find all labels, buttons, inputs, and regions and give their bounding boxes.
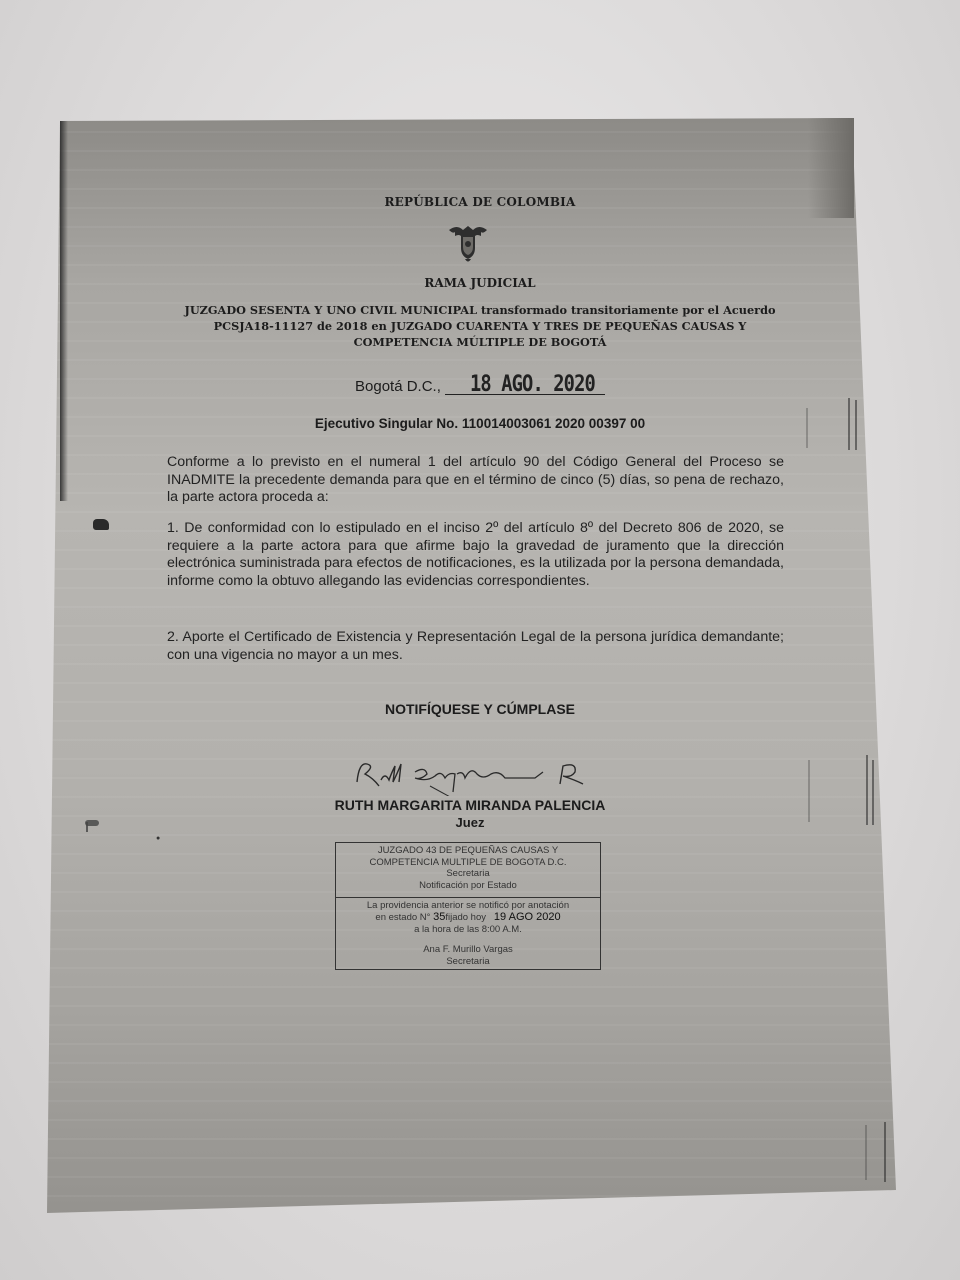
case-reference: Ejecutivo Singular No. 110014003061 2020…: [0, 416, 960, 431]
stamp-fixed-label: fijado hoy: [445, 912, 486, 923]
stamp-secretary-title: Secretaria: [336, 956, 600, 968]
stamp-body: La providencia anterior se notificó por …: [336, 898, 600, 972]
intro-paragraph: Conforme a lo previsto en el numeral 1 d…: [167, 454, 784, 507]
stamp-estado-label: en estado N°: [375, 912, 430, 923]
requirement-item-1: 1. De conformidad con lo estipulado en e…: [167, 520, 784, 590]
scan-ink-blot: [93, 519, 109, 530]
stamp-office: Secretaria: [336, 868, 600, 880]
notification-stamp: JUZGADO 43 DE PEQUEÑAS CAUSAS Y COMPETEN…: [335, 842, 601, 970]
stamp-estado-number: 35: [433, 911, 445, 923]
stamp-fixed-date: 19 AGO 2020: [494, 911, 561, 923]
stamped-date: 18 AGO. 2020: [470, 372, 595, 397]
judge-name: RUTH MARGARITA MIRANDA PALENCIA: [0, 797, 940, 813]
scan-ink-mark: ●: [156, 835, 160, 842]
scan-ink-blot: [86, 822, 88, 832]
country-heading: REPÚBLICA DE COLOMBIA: [0, 195, 960, 209]
stamp-court-line-1: JUZGADO 43 DE PEQUEÑAS CAUSAS Y: [336, 845, 600, 857]
branch-heading: RAMA JUDICIAL: [0, 276, 960, 290]
stamp-court-line-2: COMPETENCIA MULTIPLE DE BOGOTA D.C.: [336, 857, 600, 869]
colombia-coat-of-arms-icon: [443, 222, 493, 264]
document-content: REPÚBLICA DE COLOMBIA RAMA JUDICIAL JUZG…: [0, 0, 960, 1280]
court-heading: JUZGADO SESENTA Y UNO CIVIL MUNICIPAL tr…: [175, 302, 785, 350]
stamp-text-line-3: a la hora de las 8:00 A.M.: [336, 924, 600, 936]
stamp-header: JUZGADO 43 DE PEQUEÑAS CAUSAS Y COMPETEN…: [336, 843, 600, 898]
requirement-item-2: 2. Aporte el Certificado de Existencia y…: [167, 629, 784, 664]
closing-formula: NOTIFÍQUESE Y CÚMPLASE: [0, 701, 960, 717]
judge-title: Juez: [0, 815, 940, 830]
stamp-text-line-2: en estado N° 35fijado hoy 19 AGO 2020: [336, 912, 600, 924]
place-label: Bogotá D.C.,: [355, 378, 441, 395]
stamp-secretary-name: Ana F. Murillo Vargas: [336, 944, 600, 956]
handwritten-signature: [345, 752, 605, 796]
stamp-type: Notificación por Estado: [336, 880, 600, 892]
